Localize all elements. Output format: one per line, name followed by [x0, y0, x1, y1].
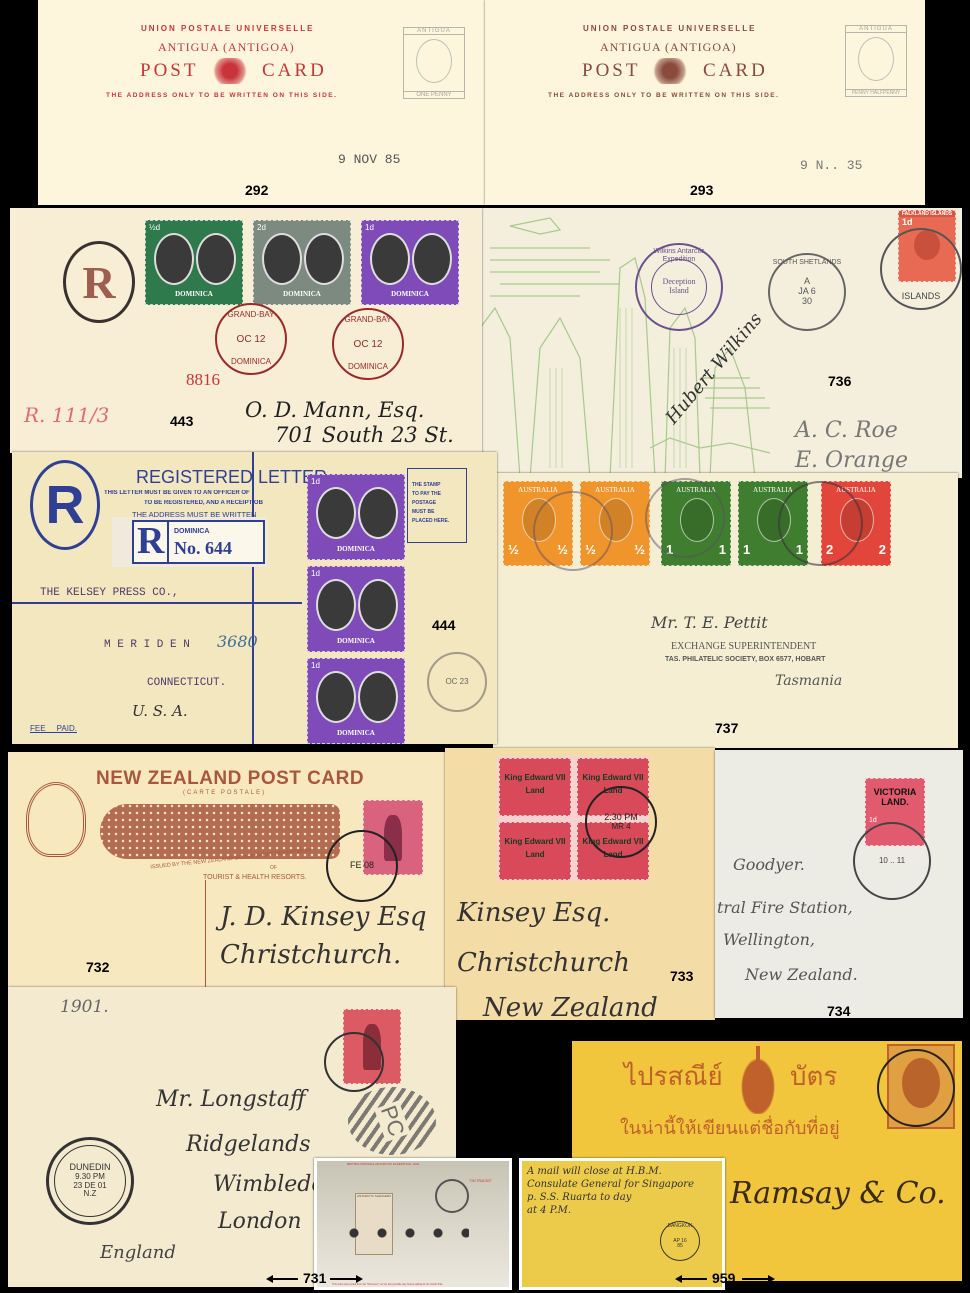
queen-head-icon	[858, 37, 894, 81]
horizontal-rule	[12, 602, 302, 604]
stamp-queen-victoria: ANTIGUA PENNY HALFPENNY	[845, 25, 907, 97]
address-line-3: New Zealand	[483, 993, 658, 1020]
cachet-center-2: Island	[669, 287, 689, 296]
lot-959-inset-message-side[interactable]: A mail will close at H.B.M. Consulate Ge…	[519, 1158, 725, 1290]
dominica-stamp: 1d DOMINICA	[307, 566, 405, 652]
arrow-left-icon	[679, 1278, 707, 1280]
address-line-1: Goodyer.	[733, 855, 805, 874]
country-line: ANTIGUA (ANTIGOA)	[600, 40, 737, 55]
siam-arms-icon	[734, 1046, 782, 1114]
address-line-4: U. S. A.	[132, 702, 188, 720]
tas-philatelic-society: TAS. PHILATELIC SOCIETY, BOX 6577, HOBAR…	[665, 656, 825, 663]
ship-medallion-icon	[370, 233, 410, 285]
thai-title-right: บัตร	[790, 1056, 837, 1097]
lot-736-wilkins-antarctic-cover[interactable]: Wilkins Antarctic Expedition Deception I…	[470, 208, 962, 478]
address-line-2: Christchurch	[457, 948, 630, 978]
address-instruction: THE ADDRESS ONLY TO BE WRITTEN ON THIS S…	[548, 92, 779, 99]
king-edward-vii-land-stamp: King Edward VII Land	[499, 758, 571, 816]
lot-number: 444	[432, 617, 455, 633]
lot-734-victoria-land-cover[interactable]: VICTORIA LAND. 1d 10 .. 11 Goodyer. tral…	[715, 750, 963, 1018]
registration-label: R DOMINICA No. 644	[112, 517, 267, 567]
antarctic-postmark: 10 .. 11	[853, 822, 931, 900]
address-line-2: Ridgelands	[186, 1132, 310, 1157]
addressee: Ramsay & Co.	[730, 1176, 946, 1211]
king-medallion-icon	[358, 579, 398, 631]
royal-arms-icon	[26, 782, 86, 857]
addressee: Mr. T. E. Pettit	[651, 613, 768, 632]
arrow-head-left	[675, 1275, 682, 1283]
ship-medallion-icon	[316, 579, 356, 631]
address-line-1: Kinsey Esq.	[457, 898, 610, 928]
address-line-1: THE KELSEY PRESS CO.,	[40, 587, 179, 599]
arrow-left-icon	[270, 1278, 298, 1280]
country-line: ANTIGUA (ANTIGOA)	[158, 40, 295, 55]
address-line-1: J. D. Kinsey Esq	[220, 902, 427, 932]
registration-number: 8816	[186, 370, 220, 390]
card-word: CARD	[703, 60, 768, 82]
inset-postmark	[435, 1179, 469, 1213]
royal-arms-icon	[210, 58, 250, 84]
king-medallion-icon	[196, 233, 236, 285]
thai-title-left: ไปรสณีย์	[624, 1056, 723, 1097]
inset-message-4: at 4 P.M.	[527, 1205, 571, 1216]
lot-number: 959	[712, 1270, 735, 1286]
post-word: POST	[140, 60, 198, 82]
large-r-circle: R	[30, 460, 100, 550]
post-word: POST	[582, 60, 640, 82]
queen-head-icon	[416, 39, 452, 83]
dominica-stamp: 1d DOMINICA	[361, 220, 459, 305]
dunedin-postmark: DUNEDIN 9.30 PM 23 DE 01 N.Z	[46, 1137, 134, 1225]
brit-antarctic-postmark: FE 08	[326, 830, 398, 902]
vertical-rule	[252, 452, 254, 744]
lot-444-dominica-registered-envelope[interactable]: R REGISTERED LETTER This Letter must be …	[12, 452, 497, 744]
grand-bay-postmark-2: GRAND-BAY OC 12 DOMINICA	[332, 308, 404, 380]
banner-line-1: This Letter must be given to an Officer …	[104, 490, 314, 496]
departure-postmark	[324, 1032, 384, 1092]
royal-arms-icon	[650, 58, 690, 84]
address-line-4: New Zealand.	[745, 965, 858, 984]
lot-number: 443	[170, 413, 193, 429]
divider-line	[205, 880, 206, 990]
lot-number: 293	[690, 182, 713, 198]
mountain-illustration	[470, 208, 800, 478]
cancel-ring-1	[533, 491, 613, 571]
king-medallion-icon	[358, 671, 398, 723]
brit-antarctic-postmark: 2.30 PM MR 4	[585, 786, 657, 858]
inset-caption: This Card was posted from the "Discovery…	[332, 1283, 443, 1286]
ship-medallion-icon	[316, 671, 356, 723]
king-medallion-icon	[412, 233, 452, 285]
ppu-header: UNION POSTALE UNIVERSELLE	[583, 24, 756, 33]
falkland-islands-postmark: ISLANDS	[880, 228, 962, 310]
king-edward-vii-land-stamp: King Edward VII Land	[499, 822, 571, 880]
dominica-backstamp: OC 23	[427, 652, 487, 712]
blue-pencil-number: 3680	[217, 632, 258, 651]
tasmania: Tasmania	[775, 673, 842, 689]
arrow-head-right	[768, 1275, 775, 1283]
lot-number: 736	[828, 373, 851, 389]
fee-paid: FEE PAID.	[30, 724, 77, 733]
arrow-head-left	[266, 1275, 273, 1283]
address-line-2: 701 South 23 St.	[275, 423, 454, 447]
arrow-right-icon	[330, 1278, 358, 1280]
stamp-queen-victoria: ANTIGUA ONE PENNY	[403, 27, 465, 99]
banner-line-2: to be Registered, and a Receipt ob	[144, 500, 314, 506]
address-line-5: England	[100, 1242, 176, 1263]
dominica-stamp: 1d DOMINICA	[307, 474, 405, 560]
pencil-note: R. 111/3	[24, 403, 109, 427]
king-medallion-icon	[358, 487, 398, 539]
king-medallion-icon	[304, 233, 344, 285]
year-note: 1901.	[60, 997, 109, 1017]
lot-number: 733	[670, 968, 693, 984]
bangkok-inset-postmark: BANGKOK AP 16 85	[660, 1221, 700, 1261]
resorts-label: TOURIST & HEALTH RESORTS.	[203, 874, 307, 881]
lot-number: 731	[303, 1270, 326, 1286]
card-title: NEW ZEALAND POST CARD	[96, 768, 364, 790]
lot-number: 732	[86, 959, 109, 975]
arrow-right-icon	[742, 1278, 770, 1280]
grand-bay-postmark-1: GRAND-BAY OC 12 DOMINICA	[215, 303, 287, 375]
wilkins-expedition-cachet: Wilkins Antarctic Expedition Deception I…	[635, 243, 723, 331]
registration-r-oval: R	[63, 241, 135, 323]
address-instruction: THE ADDRESS ONLY TO BE WRITTEN ON THIS S…	[106, 92, 337, 99]
card-word: CARD	[262, 60, 327, 82]
ship-medallion-icon	[262, 233, 302, 285]
lot-292-antigua-postcard[interactable]: UNION POSTALE UNIVERSELLE ANTIGUA (ANTIG…	[38, 0, 485, 205]
inset-message-3: p. S.S. Ruarta to day	[527, 1192, 631, 1203]
pc-obliterator: PC	[348, 1087, 436, 1155]
bangkok-postmark	[877, 1049, 955, 1127]
inset-quote: "ON TRACKS"	[469, 1179, 492, 1183]
address-line-2: M E R I D E N	[104, 639, 190, 651]
lot-443-dominica-registered-cover[interactable]: R ½d DOMINICA2d DOMINICA1d DOMINICA GRAN…	[10, 208, 482, 453]
arrow-head-right	[356, 1275, 363, 1283]
label-number: No. 644	[174, 538, 232, 559]
lot-number: 734	[827, 1003, 850, 1018]
lot-737-australia-cover[interactable]: AUSTRALIA ½ ½AUSTRALIA ½ ½AUSTRALIA 1 1A…	[493, 473, 958, 748]
lot-number: 292	[245, 182, 268, 198]
address-line-3: CONNECTICUT.	[147, 677, 226, 689]
inset-message-2: Consulate General for Singapore	[527, 1179, 694, 1190]
address-line-2: E. Orange	[795, 448, 908, 473]
thai-subtitle: ในน่านี้ให้เขียนแต่ชื่อกับที่อยู่	[620, 1113, 840, 1142]
lot-732-new-zealand-postcard[interactable]: NEW ZEALAND POST CARD (CARTE POSTALE) IS…	[8, 752, 450, 990]
address-line-2: Christchurch.	[220, 940, 401, 970]
stamp-placement-box: THE STAMPTO PAY THEPOSTAGEMUST BEPLACED …	[407, 468, 467, 543]
date-stamp: 9 N.. 35	[800, 158, 862, 173]
lot-293-antigua-postcard[interactable]: UNION POSTALE UNIVERSELLE ANTIGUA (ANTIG…	[485, 0, 925, 205]
address-line-3: Wellington,	[723, 930, 815, 949]
of-label: OF	[270, 865, 277, 871]
label-country: DOMINICA	[174, 528, 209, 535]
inset-message-1: A mail will close at H.B.M.	[527, 1166, 662, 1177]
sledging-party	[344, 1223, 469, 1243]
ship-medallion-icon	[316, 487, 356, 539]
lot-731-inset-antarctic-card[interactable]: BRITISH NATIONAL ANTARCTIC EXPEDITION, 1…	[314, 1158, 512, 1290]
cancel-ring-3	[778, 481, 863, 566]
address-line-1: O. D. Mann, Esq.	[245, 398, 424, 422]
south-shetlands-postmark: SOUTH SHETLANDS A JA 6 30	[768, 253, 846, 331]
lot-733-king-edward-vii-land-cover[interactable]: King Edward VII LandKing Edward VII Land…	[445, 748, 715, 1020]
dominica-stamp-strip: 1d DOMINICA1d DOMINICA1d DOMINICA	[307, 474, 407, 744]
ppu-header: UNION POSTALE UNIVERSELLE	[141, 24, 314, 33]
card-subtitle: (CARTE POSTALE)	[183, 790, 266, 796]
address-line-1: A. C. Roe	[795, 418, 898, 443]
inset-header: BRITISH NATIONAL ANTARCTIC EXPEDITION, 1…	[347, 1162, 419, 1166]
exchange-superintendent: EXCHANGE SUPERINTENDENT	[671, 641, 816, 652]
date-stamp: 9 NOV 85	[338, 152, 400, 167]
address-line-4: London	[218, 1209, 302, 1234]
address-line-2: tral Fire Station,	[717, 898, 853, 917]
dominica-stamp: 1d DOMINICA	[307, 658, 405, 744]
address-line-1: Mr. Longstaff	[156, 1087, 306, 1112]
ship-medallion-icon	[154, 233, 194, 285]
dominica-stamp: 2d DOMINICA	[253, 220, 351, 305]
dominica-stamp-row: ½d DOMINICA2d DOMINICA1d DOMINICA	[145, 220, 475, 310]
lot-number: 737	[715, 720, 738, 736]
dominica-stamp: ½d DOMINICA	[145, 220, 243, 305]
cancel-ring-2	[645, 478, 725, 558]
